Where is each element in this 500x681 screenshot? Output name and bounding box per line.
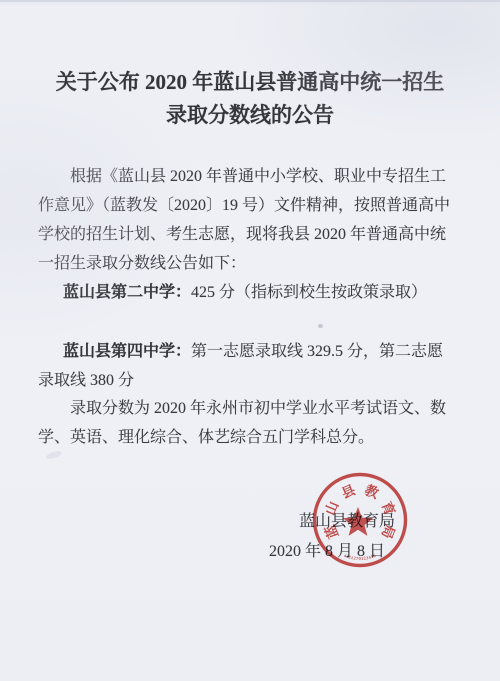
school2-detail: 425 分（指标到校生按政策录取） — [191, 284, 427, 301]
school4-line-1: 蓝山县第四中学：第一志愿录取线 329.5 分，第二志愿 — [38, 337, 462, 366]
title-line-2: 录取分数线的公告 — [38, 99, 462, 132]
paragraph-line: 作意见》（蓝教发〔2020〕19 号）文件精神，按照普通高中 — [38, 191, 462, 220]
intro-paragraph: 根据《蓝山县 2020 年普通中小学校、职业中专招生工 作意见》（蓝教发〔202… — [38, 162, 462, 278]
paragraph-line: 学、英语、理化综合、体艺综合五门学科总分。 — [38, 423, 462, 452]
seal-arc-char: 育 — [379, 499, 399, 518]
seal-arc-char: 蓝 — [321, 522, 341, 541]
paragraph-line: 一招生录取分数线公告如下： — [38, 249, 462, 278]
seal-code: 4311270123456 — [343, 553, 377, 561]
seal-arc-char: 山 — [322, 499, 341, 517]
paragraph-line: 录取分数为 2020 年永州市初中学业水平考试语文、数 — [38, 394, 462, 423]
school4-detail-2: 录取线 380 分 — [38, 366, 462, 395]
document-title: 关于公布 2020 年蓝山县普通高中统一招生 录取分数线的公告 — [38, 66, 462, 132]
school4-detail-1: 第一志愿录取线 329.5 分，第二志愿 — [191, 343, 443, 360]
paragraph-line: 根据《蓝山县 2020 年普通中小学校、职业中专招生工 — [38, 162, 462, 191]
school4-paragraph: 蓝山县第四中学：第一志愿录取线 329.5 分，第二志愿 录取线 380 分 — [38, 337, 462, 395]
paragraph-line: 学校的招生计划、考生志愿，现将我县 2020 年普通高中统 — [38, 220, 462, 249]
seal-arc-char: 县 — [339, 482, 358, 501]
school4-name: 蓝山县第四中学： — [63, 343, 191, 360]
seal-arc-char: 教 — [363, 481, 382, 501]
school2-name: 蓝山县第二中学： — [63, 284, 191, 301]
school2-line: 蓝山县第二中学：425 分（指标到校生按政策录取） — [38, 278, 487, 307]
document-page: 关于公布 2020 年蓝山县普通高中统一招生 录取分数线的公告 根据《蓝山县 2… — [0, 0, 500, 681]
official-seal: 蓝 山 县 教 育 局 4311270123456 — [305, 465, 415, 575]
seal-star-icon — [343, 507, 373, 536]
subjects-paragraph: 录取分数为 2020 年永州市初中学业水平考试语文、数 学、英语、理化综合、体艺… — [38, 394, 462, 452]
title-line-1: 关于公布 2020 年蓝山县普通高中统一招生 — [38, 66, 462, 99]
scan-speck — [318, 324, 323, 328]
seal-arc-text: 蓝 山 县 教 育 局 — [321, 481, 399, 541]
seal-arc-char: 局 — [379, 523, 398, 541]
